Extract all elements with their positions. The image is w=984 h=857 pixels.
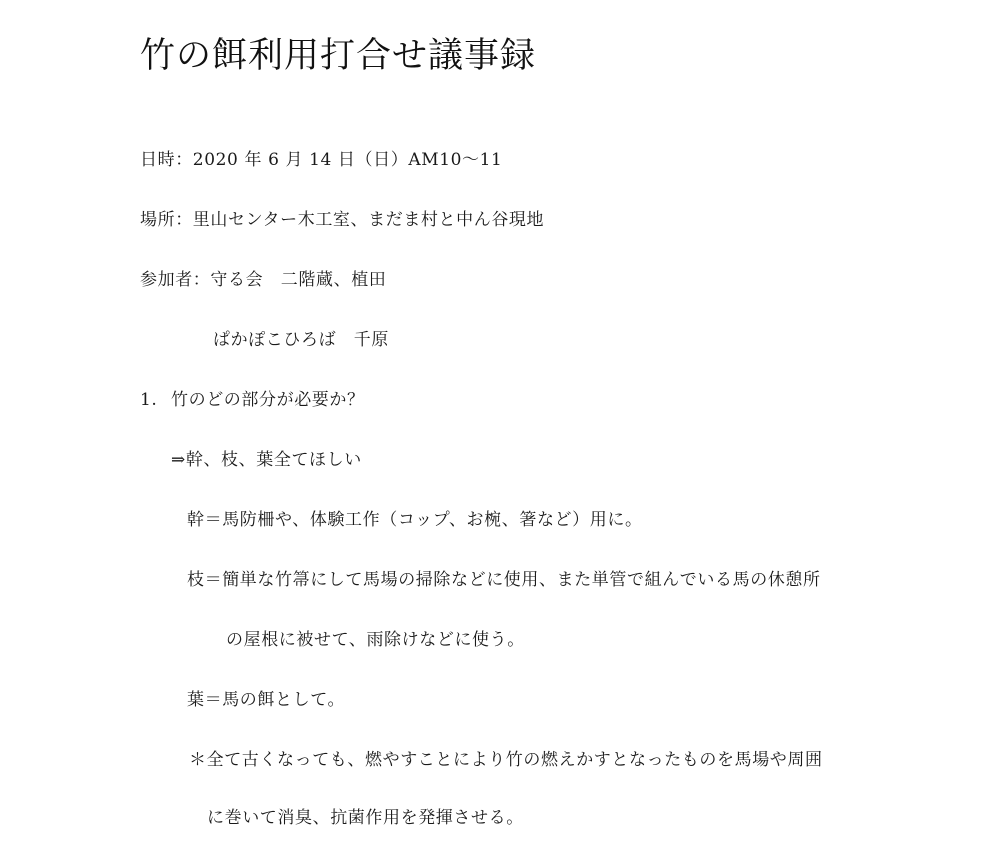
question-text: 竹のどの部分が必要か？ xyxy=(171,390,365,410)
detail-note-line-1: ＊全て古くなっても、燃やすことにより竹の燃えかすとなったものを馬場や周囲 xyxy=(189,749,823,771)
detail-leaf: 葉＝馬の餌として。 xyxy=(187,689,345,711)
participants-line-2: ぱかぽこひろば 千原 xyxy=(213,329,389,351)
detail-branch-line-1: 枝＝簡単な竹箒にして馬場の掃除などに使用、また単管で組んでいる馬の休憩所 xyxy=(187,569,821,591)
detail-branch-line-2: の屋根に被せて、雨除けなどに使う。 xyxy=(226,629,525,651)
item-1-question: 1.竹のどの部分が必要か？ xyxy=(140,389,365,411)
detail-trunk: 幹＝馬防柵や、体験工作（コップ、お椀、箸など）用に。 xyxy=(187,509,643,531)
meeting-place: 場所：里山センター木工室、まだま村と中ん谷現地 xyxy=(140,209,544,231)
meeting-date: 日時：2020 年 6 月 14 日（日）AM10～11 xyxy=(140,149,502,171)
item-1-answer: ⇒幹、枝、葉全てほしい xyxy=(171,449,362,471)
document-page: 竹の餌利用打合せ議事録 日時：2020 年 6 月 14 日（日）AM10～11… xyxy=(0,0,984,857)
item-number: 1. xyxy=(140,389,171,411)
participants-line-1: 参加者：守る会 二階蔵、植田 xyxy=(140,269,386,291)
detail-note-line-2: に巻いて消臭、抗菌作用を発揮させる。 xyxy=(207,807,524,829)
document-title: 竹の餌利用打合せ議事録 xyxy=(140,34,536,78)
